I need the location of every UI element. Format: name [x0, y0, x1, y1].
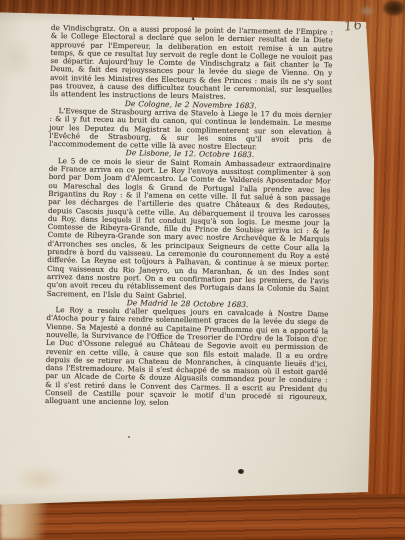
paper-stain	[16, 466, 64, 492]
signature-mark: I	[191, 13, 195, 23]
paper-stain	[2, 38, 32, 78]
ink-speck	[128, 436, 130, 438]
body-paragraph: L'Evesque de Strasbourg arriva de Stavel…	[49, 107, 332, 153]
printed-text-block: de Vindischgratz. On a aussi proposé le …	[45, 24, 333, 410]
wormhole	[238, 469, 244, 474]
body-paragraph: Le 5 de ce mois le sieur de Saint Romain…	[47, 157, 331, 302]
photo-of-gazette-page: I 167 de Vindischgratz. On a aussi propo…	[0, 0, 405, 540]
wood-smudge	[360, 6, 374, 16]
body-paragraph: de Vindischgratz. On a aussi proposé le …	[50, 24, 333, 103]
wood-knot	[383, 0, 405, 16]
paper-sheet: I 167 de Vindischgratz. On a aussi propo…	[0, 8, 380, 512]
handwritten-page-number: 167	[343, 16, 374, 34]
body-paragraph: Le Roy a resolu d'aller quelques jours e…	[45, 306, 329, 410]
wood-table-top-band	[0, 0, 405, 14]
